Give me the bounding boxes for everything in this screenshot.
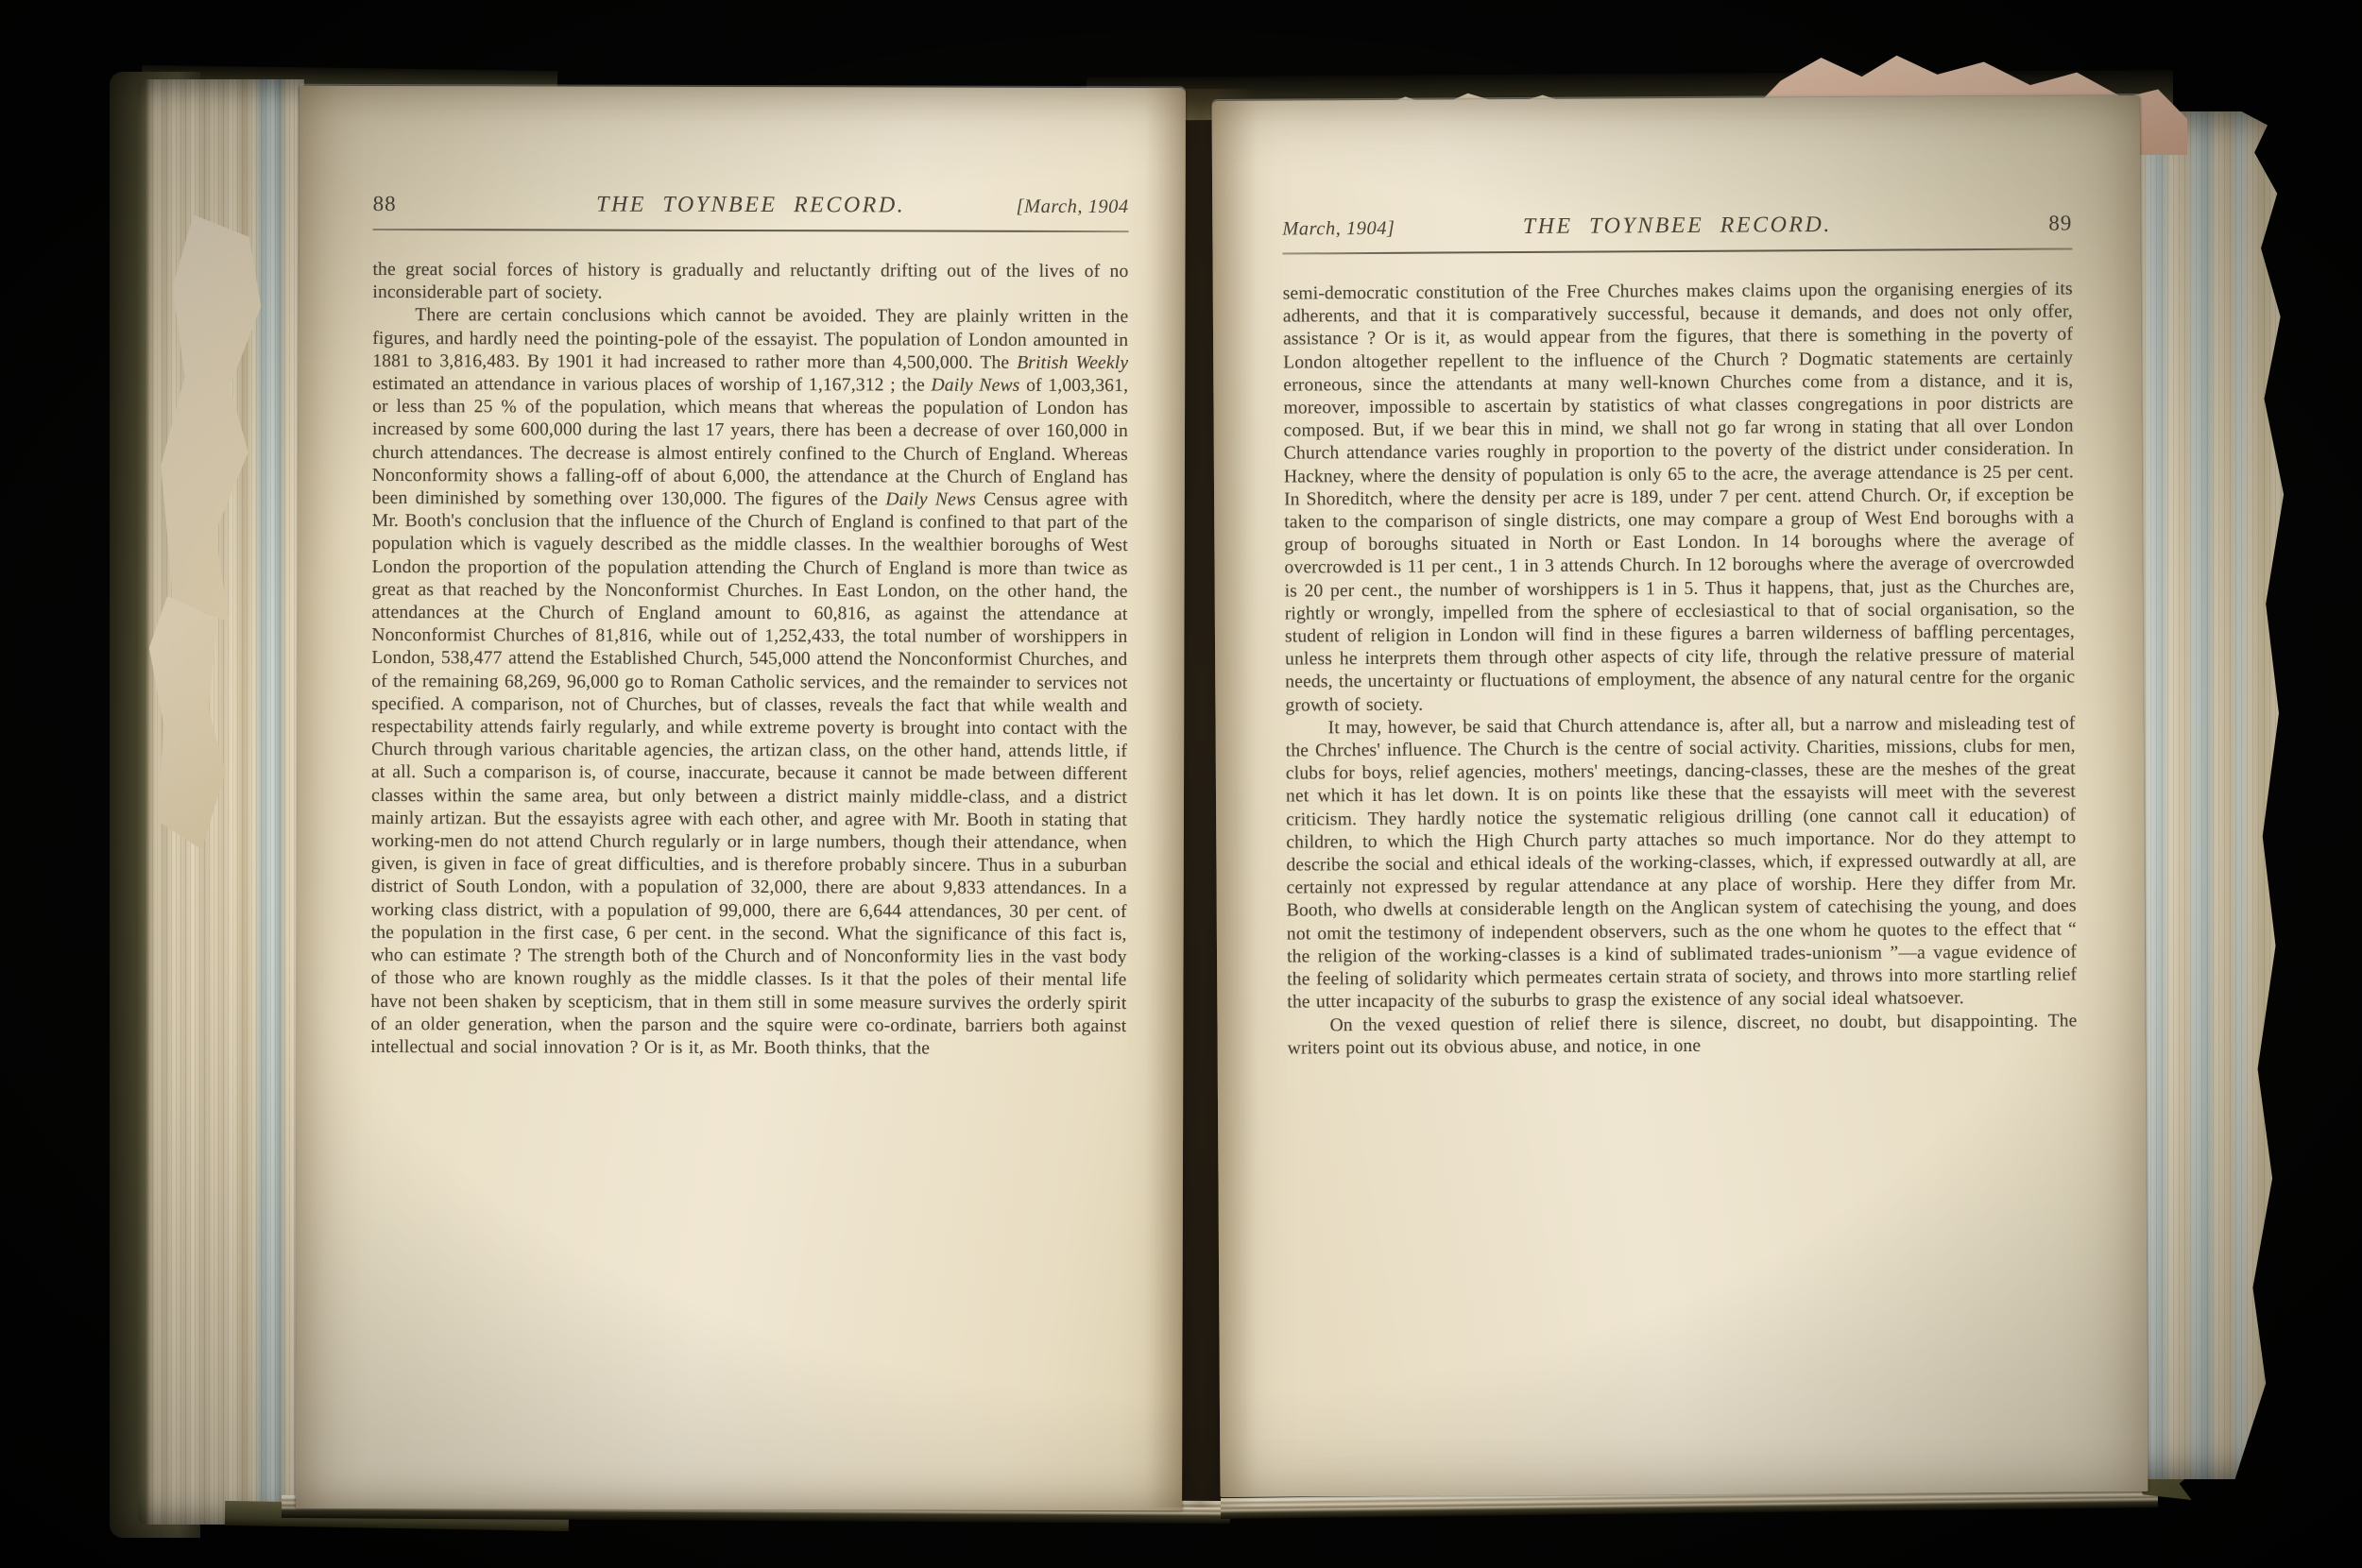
page-right: March, 1904] THE TOYNBEE RECORD. 89 semi…	[1211, 95, 2148, 1497]
page-header-left: 88 THE TOYNBEE RECORD. [March, 1904	[373, 192, 1129, 219]
page-header-right: March, 1904] THE TOYNBEE RECORD. 89	[1282, 211, 2072, 241]
paragraph: On the vexed question of relief there is…	[1287, 1010, 2077, 1061]
paragraph: semi-democratic constitution of the Free…	[1283, 278, 2076, 717]
paragraph: There are certain conclusions which cann…	[370, 304, 1128, 1061]
header-rule-right	[1282, 247, 2072, 254]
page-number-right: 89	[1832, 211, 2073, 237]
date-marker-left: [March, 1904	[905, 196, 1129, 218]
running-title-left: THE TOYNBEE RECORD.	[596, 193, 905, 219]
page-text-left: the great social forces of history is gr…	[370, 259, 1128, 1061]
running-title-right: THE TOYNBEE RECORD.	[1523, 213, 1832, 240]
header-rule-left	[373, 229, 1129, 232]
photo-background: 88 THE TOYNBEE RECORD. [March, 1904 the …	[0, 0, 2362, 1568]
page-edges-right	[2128, 111, 2290, 1479]
paragraph: It may, however, be said that Church att…	[1285, 712, 2077, 1014]
page-number-left: 88	[373, 192, 597, 217]
paragraph: the great social forces of history is gr…	[372, 259, 1128, 307]
page-left: 88 THE TOYNBEE RECORD. [March, 1904 the …	[296, 86, 1186, 1510]
date-marker-right: March, 1904]	[1282, 217, 1523, 241]
page-text-right: semi-democratic constitution of the Free…	[1283, 278, 2078, 1060]
